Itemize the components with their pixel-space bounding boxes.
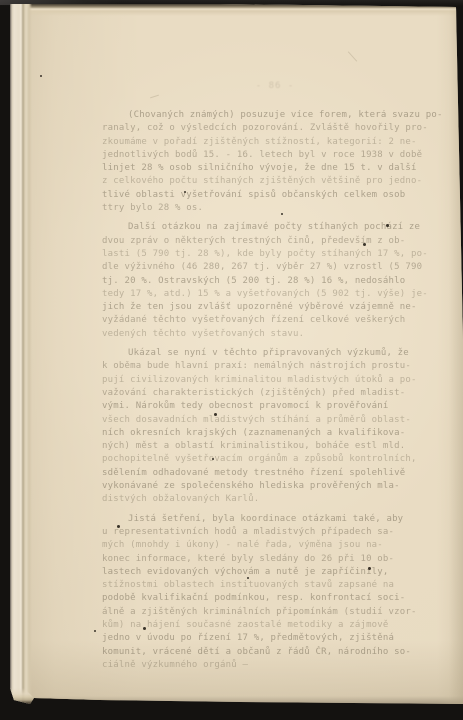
book-page: - 86 - (Chovaných známých) posuzuje více… — [0, 0, 463, 720]
ink-speck — [212, 458, 214, 460]
text-line: kům) na hájení současné zaostalé metodik… — [102, 619, 450, 632]
book-top-edge — [0, 0, 463, 16]
paragraph: Jistá šetření, byla koordinace otázkami … — [102, 513, 450, 673]
text-line: tj. 20 %. Ostravských (5 200 tj. 28 %) 1… — [102, 275, 450, 288]
text-line: lastech evidovaných výchovám a nutě je z… — [102, 566, 450, 579]
text-line: pochopitelně vyšetřovacím orgánům a způs… — [102, 453, 450, 466]
text-line: podobě kvalifikační podmínkou, resp. kon… — [102, 592, 450, 605]
ink-speck — [40, 75, 42, 77]
page-number: - 86 - — [102, 81, 448, 91]
text-line: pují civilizovaných kriminalitou mladist… — [102, 374, 450, 387]
ink-speck — [117, 525, 120, 528]
text-line: ttry bylo 28 % os. — [102, 202, 450, 215]
text-line: distvých obžalovaných Karlů. — [102, 493, 450, 506]
text-line: vými. Nárokům tedy obecnost pravomocí k … — [102, 400, 450, 413]
text-line: z celkového počtu stíhaných zjištěných v… — [102, 175, 450, 188]
text-line: ných) měst a oblastí kriminalistikou, bo… — [102, 440, 450, 453]
text-line: Další otázkou na zajímavé počty stíhanýc… — [102, 221, 450, 234]
text-line: konec informace, které byly sledány do 2… — [102, 553, 450, 566]
text-line: Jistá šetření, byla koordinace otázkami … — [102, 513, 450, 526]
page-right-edge-shadow — [449, 0, 463, 720]
text-line: sdělením odhadované metody trestného říz… — [102, 467, 450, 480]
text-line: álně a zjištěných kriminálních připomínk… — [102, 606, 450, 619]
text-line: lasti (5 790 tj. 28 %), kde byly počty s… — [102, 248, 450, 261]
text-line: komunit, vrácené dětí a občanů z řádů ČR… — [102, 646, 450, 659]
text-line: (Chovaných známých) posuzuje více forem,… — [102, 109, 450, 122]
text-line: ciálně výzkumného orgánů — — [102, 659, 450, 672]
text-line: vyžádané těchto vyšetřovaných řízení cel… — [102, 314, 450, 327]
paragraph: Další otázkou na zajímavé počty stíhanýc… — [102, 221, 450, 341]
text-block: (Chovaných známých) posuzuje více forem,… — [102, 109, 450, 678]
ink-speck — [363, 243, 366, 246]
ink-speck — [214, 413, 217, 416]
ink-speck — [281, 213, 283, 215]
ink-speck — [94, 630, 96, 632]
text-line: jich že ten jsou zvlášť upozorněné výběr… — [102, 301, 450, 314]
ink-speck — [386, 224, 389, 227]
text-line: ních okresních krajských (zaznamenaných … — [102, 427, 450, 440]
text-line: tlivé oblasti vyšetřování spisů občanský… — [102, 189, 450, 202]
text-line: ranaly, což o výsledcích pozorování. Zvl… — [102, 122, 450, 135]
text-line: linjet 28 % osob silničního vývoje, že d… — [102, 162, 450, 175]
text-line: jedno v úvodu po řízení 17 %, předmětový… — [102, 632, 450, 645]
paper-fiber — [348, 51, 357, 61]
text-line: dle výživného (46 280, 267 tj. výběr 27 … — [102, 261, 450, 274]
ink-speck — [247, 577, 249, 579]
paragraph: Ukázal se nyní v těchto připravovaných v… — [102, 347, 450, 507]
text-line: u representativních hodů a mladistvých p… — [102, 526, 450, 539]
text-line: vedených těchto vyšetřovaných stavu. — [102, 328, 450, 341]
text-line: stížnostmi oblastech instituovaných stav… — [102, 579, 450, 592]
scan-background: - 86 - (Chovaných známých) posuzuje více… — [0, 0, 463, 720]
ink-speck — [368, 567, 371, 570]
text-line: zkoumáme v pořadí zjištěných stížností, … — [102, 136, 450, 149]
text-line: mých (mnohdy i úkony) - nalé řada, výměn… — [102, 539, 450, 552]
text-line: dvou zpráv o některých trestných činů, p… — [102, 235, 450, 248]
text-line: k oběma bude hlavní praxí: nemálných nás… — [102, 360, 450, 373]
paragraph: (Chovaných známých) posuzuje více forem,… — [102, 109, 450, 215]
text-line: všech dosavadních mladistvých stíhání a … — [102, 414, 450, 427]
ink-speck — [184, 191, 186, 193]
text-line: jednotlivých bodů 15. - 16. letech byl v… — [102, 149, 450, 162]
page-stack-edge — [10, 0, 32, 720]
text-line: Ukázal se nyní v těchto připravovaných v… — [102, 347, 450, 360]
ink-speck — [143, 627, 146, 630]
text-line: vykonávané ze společenského hlediska pro… — [102, 480, 450, 493]
text-line: važování charakteristických (zjištěných)… — [102, 387, 450, 400]
text-line: tedy 17 %, atd.) 15 % a vyšetřovaných (5… — [102, 288, 450, 301]
page-stack-bottom-edge — [10, 688, 120, 706]
paper-fiber — [150, 95, 159, 99]
